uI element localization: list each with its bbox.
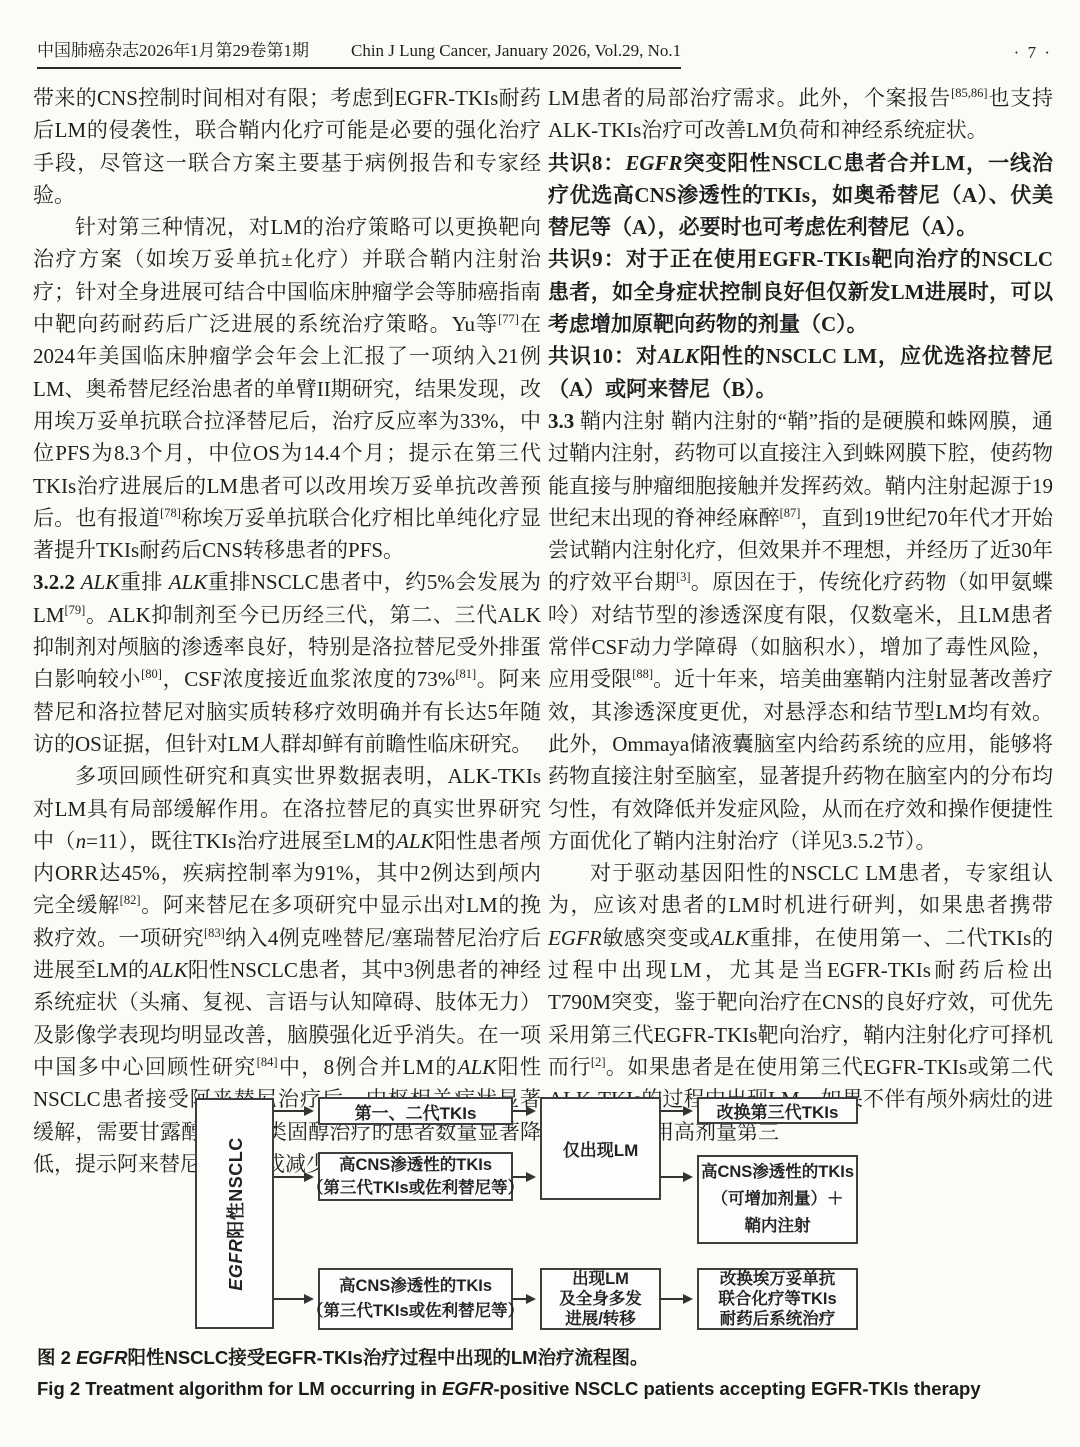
flow-node-switch-amivantamab-systemic: 改换埃万妥单抗联合化疗等TKIs耐药后系统治疗 [697,1268,858,1330]
flow-node-label-line: 耐药后系统治疗 [720,1309,836,1329]
flow-node-label-line: 高CNS渗透性的TKIs [339,1274,492,1299]
figure-caption-cn: 图 2 EGFR阳性NSCLC接受EGFR-TKIs治疗过程中出现的LM治疗流程… [37,1344,1037,1370]
page-number: · 7 · [1014,43,1052,69]
flow-node-lm-and-systemic-progression: 出现LM及全身多发进展/转移 [540,1268,661,1330]
flow-node-label-line: 联合化疗等TKIs [718,1289,836,1309]
paragraph: LM患者的局部治疗需求。此外，个案报告[85,86]也支持ALK-TKIs治疗可… [548,82,1053,147]
flow-node-label-line: 出现LM [572,1269,629,1289]
flow-node-label-line: 进展/转移 [565,1309,636,1329]
column-right: LM患者的局部治疗需求。此外，个案报告[85,86]也支持ALK-TKIs治疗可… [548,82,1053,1148]
flow-node-label-line: 高CNS渗透性的TKIs [701,1159,854,1186]
paragraph: 多项回顾性研究和真实世界数据表明，ALK-TKIs对LM具有局部缓解作用。在洛拉… [33,760,541,1180]
journal-title-en: Chin J Lung Cancer, January 2026, Vol.29… [351,41,681,60]
paragraph: 3.2.2 ALK重排 ALK重排NSCLC患者中，约5%会发展为LM[79]。… [33,566,541,760]
column-left: 带来的CNS控制时间相对有限；考虑到EGFR-TKIs耐药后LM的侵袭性，联合鞘… [33,82,541,1180]
paragraph: 共识9：对于正在使用EGFR-TKIs靶向治疗的NSCLC患者，如全身症状控制良… [548,243,1053,340]
flow-node-high-cns-tkis-plus-intrathecal: 高CNS渗透性的TKIs（可增加剂量）＋鞘内注射 [697,1155,858,1244]
paragraph: 对于驱动基因阳性的NSCLC LM患者，专家组认为，应该对患者的LM时机进行研判… [548,857,1053,1148]
paragraph: 共识8：EGFR突变阳性NSCLC患者合并LM，一线治疗优选高CNS渗透性的TK… [548,147,1053,244]
flow-arrow [513,1298,534,1300]
flow-node-high-cns-tkis-lower: 高CNS渗透性的TKIs（第三代TKIs或佐利替尼等） [318,1268,513,1330]
journal-title-cn: 中国肺癌杂志2026年1月第29卷第1期 [37,41,309,60]
flow-node-label-line: 改换埃万妥单抗 [720,1269,836,1289]
flow-node-label-line: （第三代TKIs或佐利替尼等） [307,1299,524,1324]
running-head: 中国肺癌杂志2026年1月第29卷第1期Chin J Lung Cancer, … [37,36,681,69]
journal-page: 中国肺癌杂志2026年1月第29卷第1期Chin J Lung Cancer, … [0,0,1080,1447]
paragraph: 针对第三种情况，对LM的治疗策略可以更换靶向治疗方案（如埃万妥单抗±化疗）并联合… [33,211,541,566]
paragraph: 3.3 鞘内注射 鞘内注射的“鞘”指的是硬膜和蛛网膜，通过鞘内注射，药物可以直接… [548,405,1053,857]
paragraph: 共识10：对ALK阳性的NSCLC LM，应优选洛拉替尼（A）或阿来替尼（B）。 [548,340,1053,405]
page-header: 中国肺癌杂志2026年1月第29卷第1期Chin J Lung Cancer, … [37,36,1052,69]
flow-arrow [274,1298,312,1300]
flow-node-label-line: （可增加剂量）＋ [712,1186,844,1213]
flow-node-label-line: 及全身多发 [559,1289,642,1309]
flow-arrow [661,1176,691,1178]
flow-node-label-line: 鞘内注射 [745,1213,811,1240]
figure-caption-en: Fig 2 Treatment algorithm for LM occurri… [37,1378,1037,1400]
paragraph: 带来的CNS控制时间相对有限；考虑到EGFR-TKIs耐药后LM的侵袭性，联合鞘… [33,82,541,211]
flow-arrow [661,1298,691,1300]
